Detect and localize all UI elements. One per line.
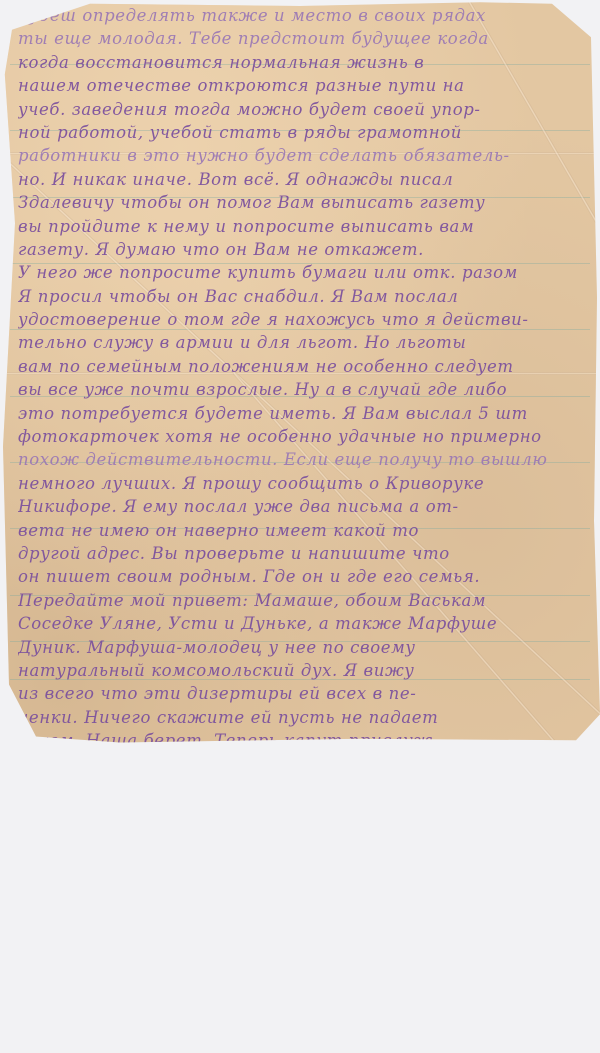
text-line: это потребуется будете иметь. Я Вам высл… [18, 402, 593, 425]
text-line: вы все уже почти взрослые. Ну а в случай… [18, 378, 593, 401]
text-line: ты еще молодая. Тебе предстоит будущее к… [18, 27, 593, 50]
text-line: ченки. Ничего скажите ей пусть не падает [18, 706, 593, 729]
text-line: из всего что эти дизертиры ей всех в пе- [18, 682, 593, 705]
text-line: похож действительности. Если еще получу … [18, 448, 593, 471]
text-line: Я просил чтобы он Вас снабдил. Я Вам пос… [18, 285, 593, 308]
text-line: нашем отечестве откроются разные пути на [18, 74, 593, 97]
letter-page: будеш определять также и место в своих р… [0, 0, 600, 744]
text-line: другой адрес. Вы проверьте и напишите чт… [18, 542, 593, 565]
text-line: Соседке Уляне, Усти и Дуньке, а также Ма… [18, 612, 593, 635]
text-line: ной работой, учебой стать в ряды грамотн… [18, 121, 593, 144]
text-line: будеш определять также и место в своих р… [18, 4, 593, 27]
text-line: газету. Я думаю что он Вам не откажет. [18, 238, 593, 261]
text-line: учеб. заведения тогда можно будет своей … [18, 98, 593, 121]
text-line: удостоверение о том где я нахожусь что я… [18, 308, 593, 331]
text-line: работники в это нужно будет сделать обяз… [18, 144, 593, 167]
text-line: У него же попросите купить бумаги или от… [18, 261, 593, 284]
text-line: вам по семейным положениям не особенно с… [18, 355, 593, 378]
text-line: вета не имею он наверно имеет какой то [18, 519, 593, 542]
text-line: когда восстановится нормальная жизнь в [18, 51, 593, 74]
text-line: тельно служу в армии и для льгот. Но льг… [18, 331, 593, 354]
text-line: он пишет своим родным. Где он и где его … [18, 565, 593, 588]
text-line: духом. Наша берет. Теперь капут прислуж- [18, 729, 593, 744]
text-line: вы пройдите к нему и попросите выписать … [18, 215, 593, 238]
text-line: Никифоре. Я ему послал уже два письма а … [18, 495, 593, 518]
text-line: немного лучших. Я прошу сообщить о Криво… [18, 472, 593, 495]
text-line: фотокарточек хотя не особенно удачные но… [18, 425, 593, 448]
text-line: но. И никак иначе. Вот всё. Я однажды пи… [18, 168, 593, 191]
text-line: Передайте мой привет: Мамаше, обоим Вась… [18, 589, 593, 612]
text-line: Дуник. Марфуша-молодец у нее по своему [18, 636, 593, 659]
letter-text: будеш определять также и место в своих р… [18, 4, 593, 744]
text-line: натуральный комсомольский дух. Я вижу [18, 659, 593, 682]
text-line: Здалевичу чтобы он помог Вам выписать га… [18, 191, 593, 214]
